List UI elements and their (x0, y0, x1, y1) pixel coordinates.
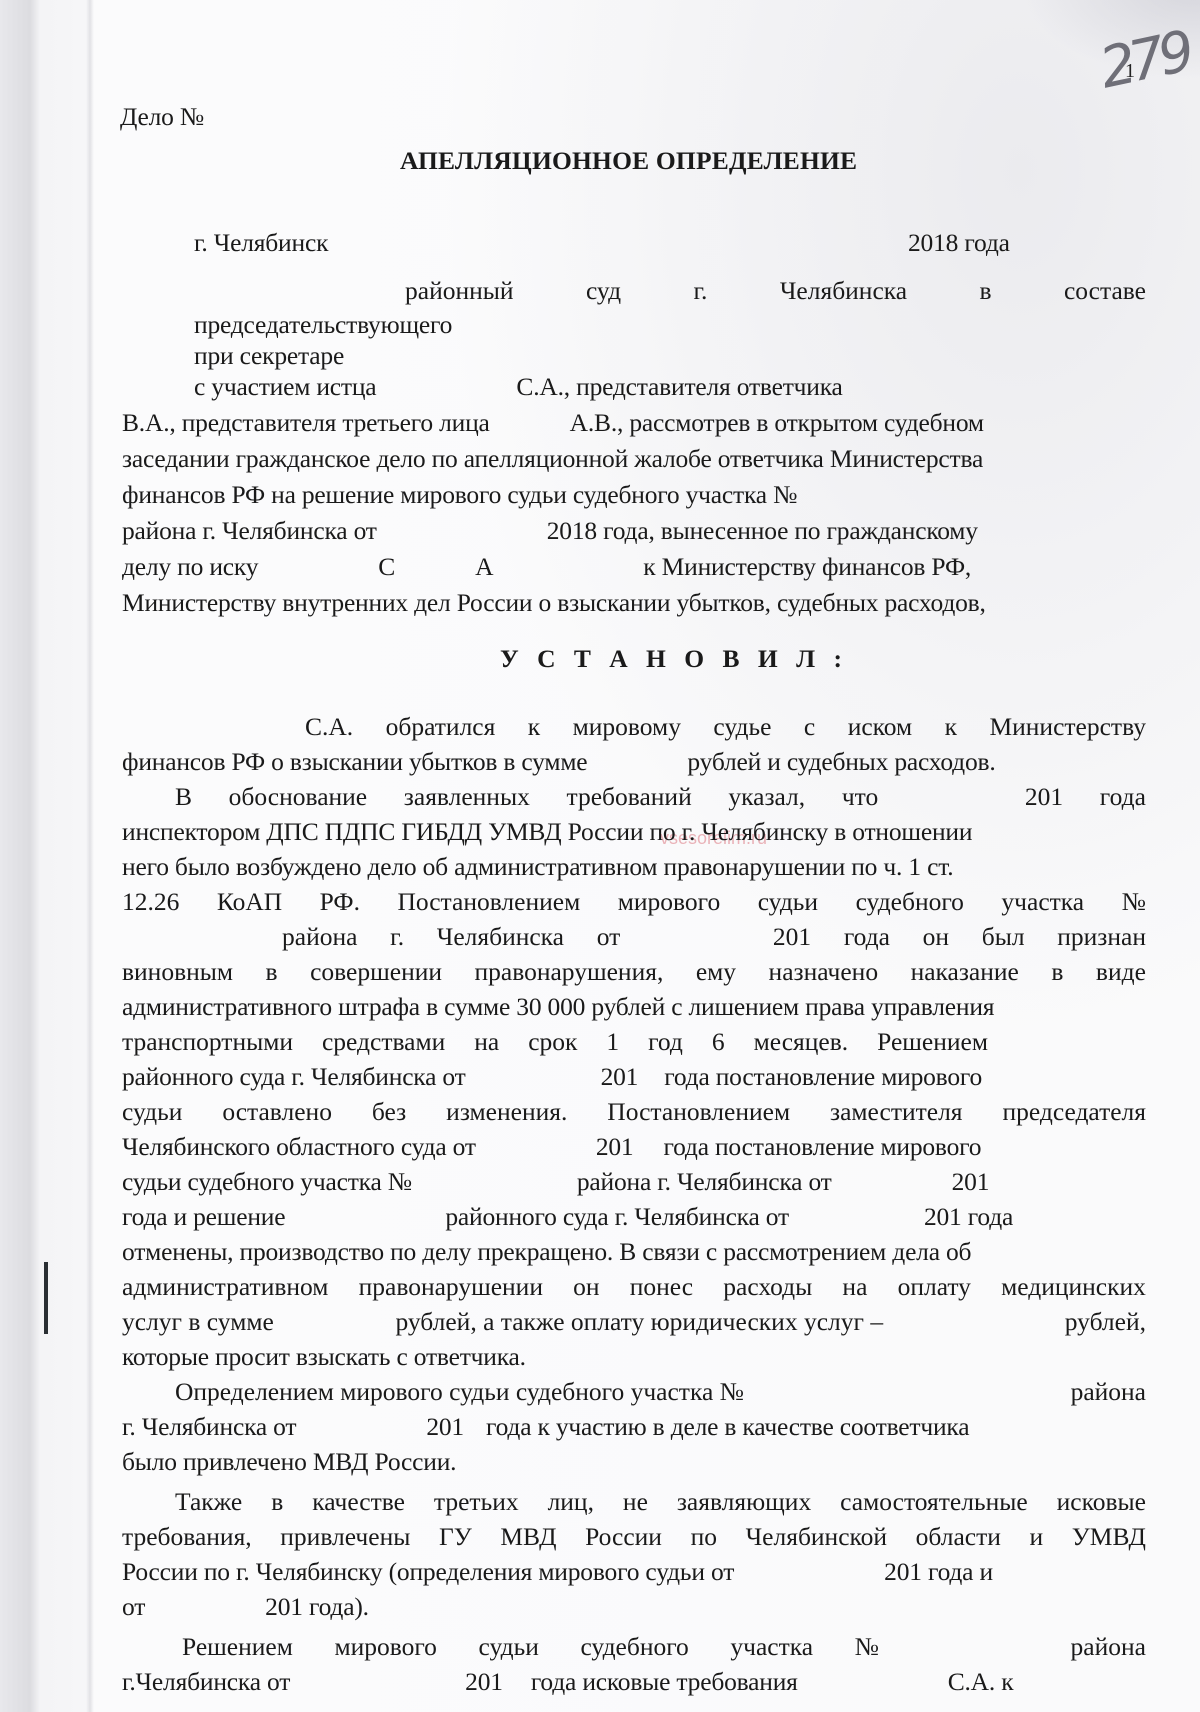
text-line: Такжевкачестветретьихлиц,незаявляющихсам… (175, 1487, 1146, 1517)
text-line: 12.26КоАПРФ.Постановлениеммировогосудьис… (122, 887, 1146, 917)
text-line: заседании гражданское дело по апелляцион… (122, 444, 983, 474)
text-line: административного штрафа в сумме 30 000 … (122, 992, 994, 1022)
text-line: инспектором ДПС ПДПС ГИБДД УМВД России п… (122, 817, 972, 847)
text-line: от201 года). (122, 1592, 369, 1622)
page-number: 1 (1125, 60, 1135, 83)
text-line: г. Челябинска от201года к участию в деле… (122, 1412, 969, 1442)
text-line: России по г. Челябинску (определения мир… (122, 1557, 993, 1587)
text-line: Определением мирового судьи судебного уч… (175, 1377, 1146, 1407)
text-line: при секретаре (194, 341, 344, 371)
case-number-label: Дело № (120, 102, 204, 132)
text-line: С.А.обратилсякмировомусудьесискомкМинист… (305, 712, 1146, 742)
text-line: финансов РФ на решение мирового судьи су… (122, 480, 797, 510)
text-line: председательствующего (194, 310, 452, 340)
text-line: районного суда г. Челябинска от201года п… (122, 1062, 982, 1092)
text-line: финансов РФ о взыскании убытков в суммер… (122, 747, 996, 777)
text-line: Челябинского областного суда от201года п… (122, 1132, 981, 1162)
text-line: Вобоснованиезаявленныхтребованийуказал,ч… (175, 782, 1146, 812)
text-line: Решениеммировогосудьисудебногоучастка№ра… (182, 1632, 1146, 1662)
document-date: 2018 года (908, 228, 1010, 258)
text-line: виновнымвсовершенииправонарушения,емуназ… (122, 957, 1146, 987)
text-line: года и решениерайонного суда г. Челябинс… (122, 1202, 1013, 1232)
text-line: услуг в суммерублей, а также оплату юрид… (122, 1307, 1146, 1337)
margin-mark (44, 1262, 48, 1334)
text-line: было привлечено МВД России. (122, 1447, 456, 1477)
text-line: отменены, производство по делу прекращен… (122, 1237, 971, 1267)
text-line: с участием истцаС.А., представителя отве… (194, 372, 843, 402)
text-line: него было возбуждено дело об администрат… (122, 852, 953, 882)
section-heading: У С Т А Н О В И Л : (500, 644, 848, 674)
document-title: АПЕЛЛЯЦИОННОЕ ОПРЕДЕЛЕНИЕ (400, 146, 857, 176)
text-line: В.А., представителя третьего лицаА.В., р… (122, 408, 984, 438)
text-line: районныйсудг.Челябинскавсоставе (405, 276, 1146, 306)
text-line: которые просит взыскать с ответчика. (122, 1342, 526, 1372)
text-line: Министерству внутренних дел России о взы… (122, 588, 986, 618)
text-line: делу по искуСАк Министерству финансов РФ… (122, 552, 971, 582)
text-line: судьи судебного участка №района г. Челяб… (122, 1167, 989, 1197)
text-line: требования,привлеченыГУМВДРоссиипоЧеляби… (122, 1522, 1146, 1552)
text-line: транспортнымисредстваминасрок1год6месяце… (122, 1027, 988, 1057)
text-line: г.Челябинска от201года исковые требовани… (122, 1667, 1013, 1697)
city: г. Челябинск (194, 228, 328, 258)
text-line: районаг.Челябинскаот201годаонбылпризнан (282, 922, 1146, 952)
text-line: административномправонарушениионпонесрас… (122, 1272, 1146, 1302)
text-line: судьиоставленобезизменения.Постановление… (122, 1097, 1146, 1127)
document-page: 279 1 vsesorelim.ru Дело № АПЕЛЛЯЦИОННОЕ… (0, 0, 1200, 1712)
text-line: района г. Челябинска от2018 года, вынесе… (122, 516, 978, 546)
